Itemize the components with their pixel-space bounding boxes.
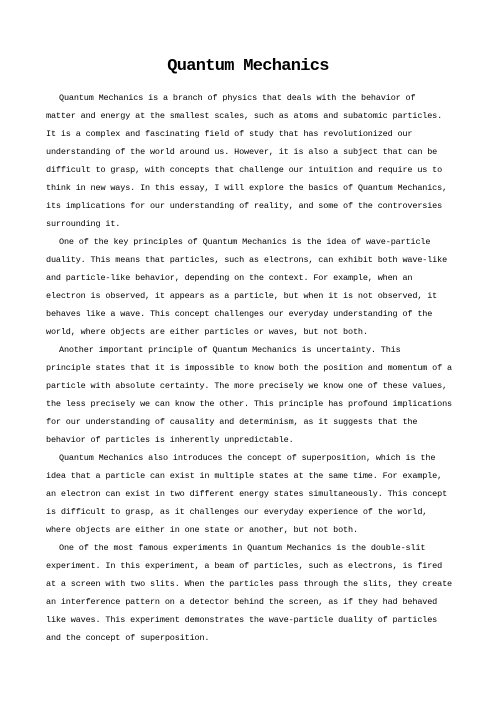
paragraph-intro: Quantum Mechanics is a branch of physics… [46,89,458,233]
document-page: Quantum Mechanics Quantum Mechanics is a… [0,0,496,702]
document-body: Quantum Mechanics is a branch of physics… [0,89,496,647]
paragraph-uncertainty: Another important principle of Quantum M… [46,341,458,449]
paragraph-double-slit: One of the most famous experiments in Qu… [46,539,458,647]
document-title: Quantum Mechanics [0,0,496,77]
paragraph-superposition: Quantum Mechanics also introduces the co… [46,449,458,539]
paragraph-wave-particle-duality: One of the key principles of Quantum Mec… [46,233,458,341]
